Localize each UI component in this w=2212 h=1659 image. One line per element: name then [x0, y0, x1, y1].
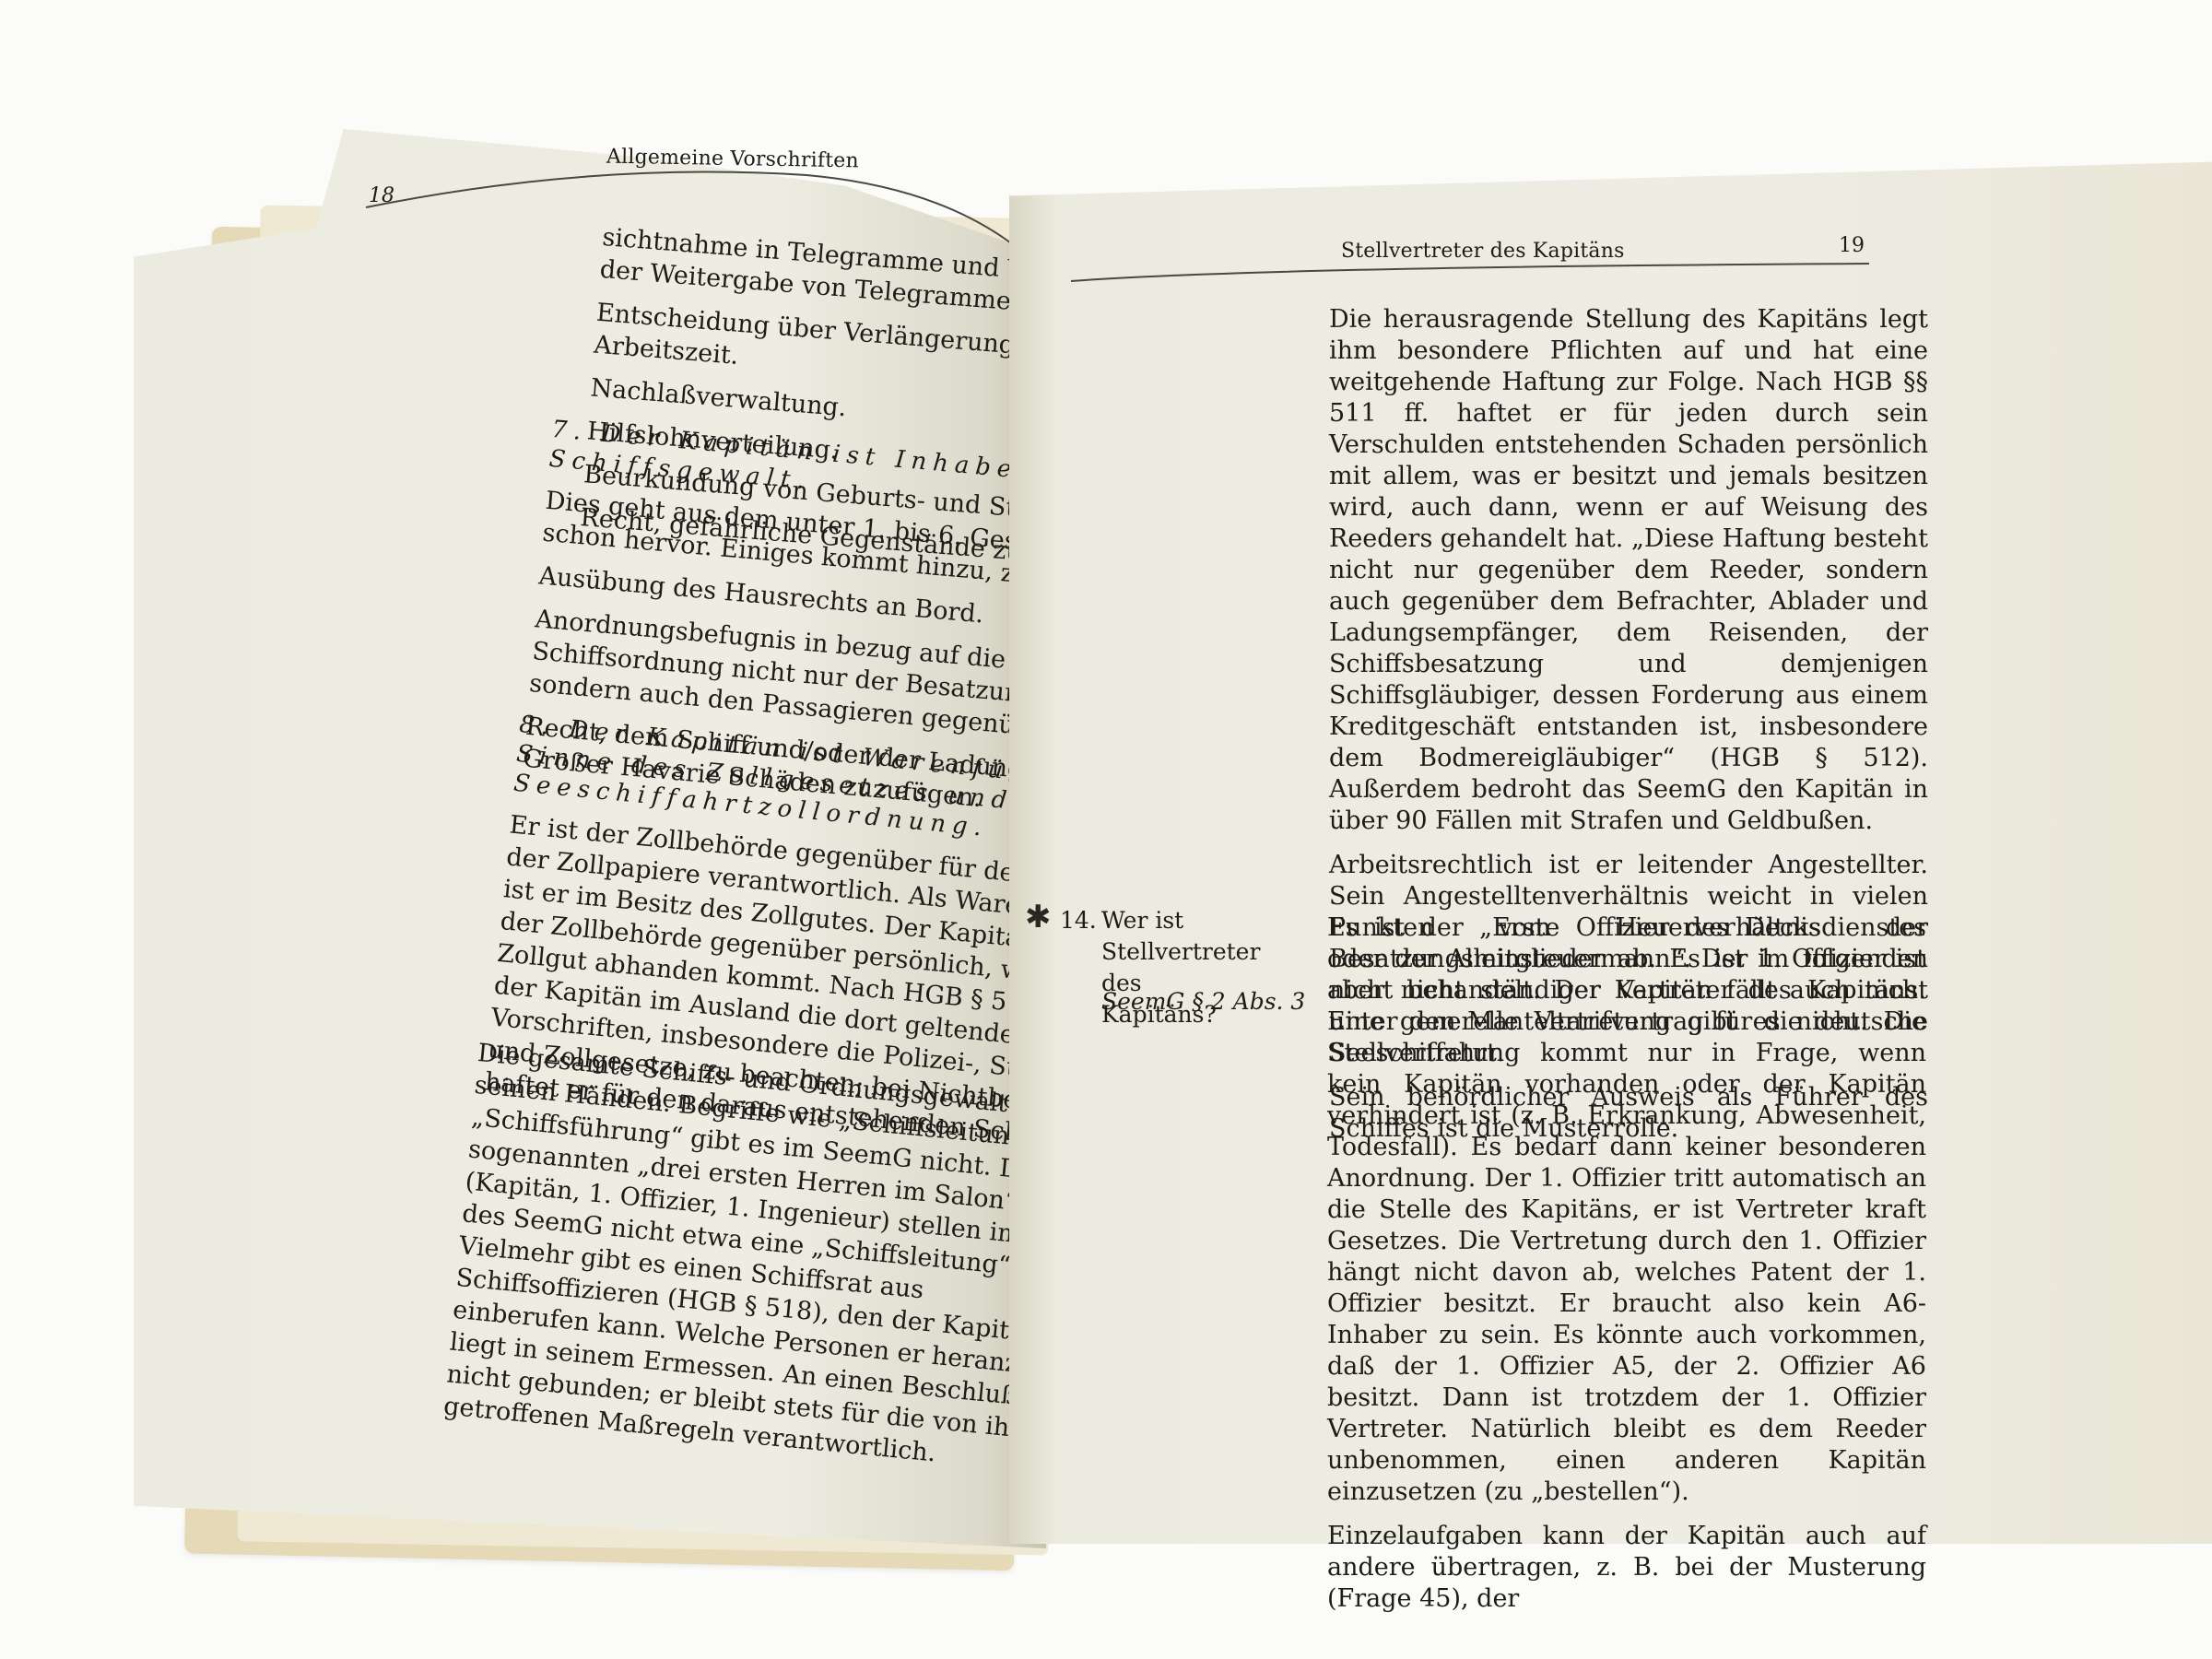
answer-text: Es ist der „Erste Offizier des Decksdien…	[1327, 912, 1926, 1628]
question-reference: SeemG § 2 Abs. 3	[1101, 986, 1305, 1018]
question-number: 14.	[1060, 905, 1097, 936]
right-header-rule	[1069, 258, 1871, 286]
answer-paragraph: Einzelaufgaben kann der Kapitän auch auf…	[1327, 1521, 1926, 1615]
right-page-number: 19	[1839, 234, 1865, 257]
intro-paragraph: Die herausragende Stellung des Kapitäns …	[1329, 304, 1928, 837]
answer-paragraph: Es ist der „Erste Offizier des Decksdien…	[1327, 912, 1926, 1508]
handwritten-star-icon: ✱	[1025, 899, 1052, 935]
